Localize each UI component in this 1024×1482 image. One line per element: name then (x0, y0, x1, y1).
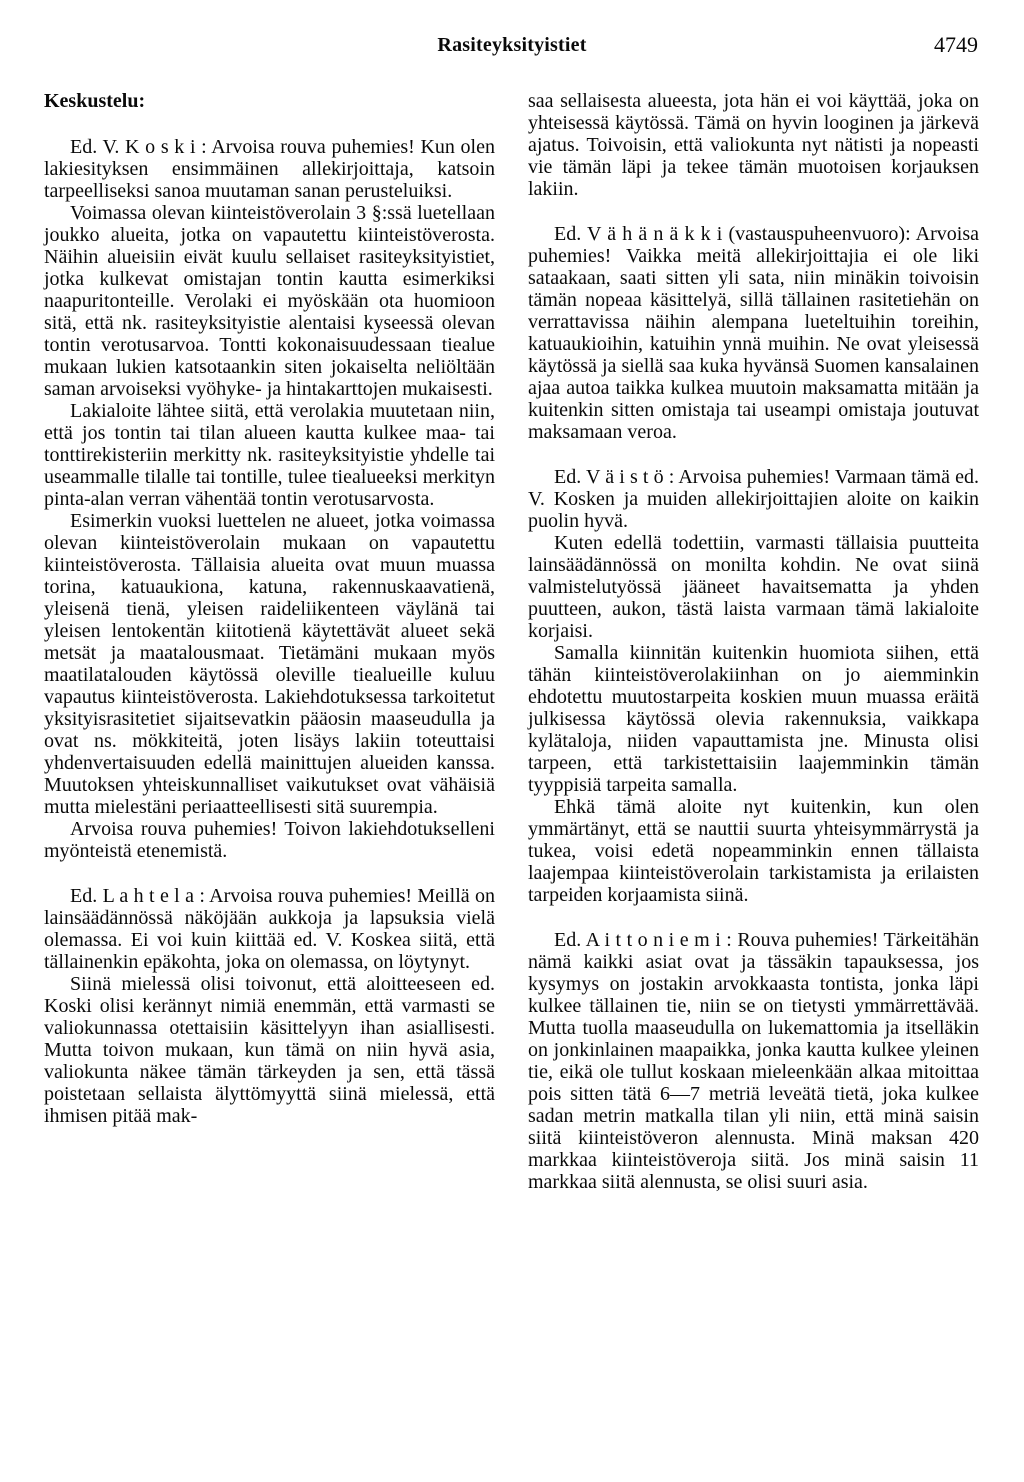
speech-koski-paragraph-2: Voimassa olevan kiinteistöverolain 3 §:s… (44, 202, 495, 400)
speech-koski-closing: Arvoisa rouva puhemies! Toivon lakiehdot… (44, 818, 495, 862)
speech-koski-paragraph-3: Lakialoite lähtee siitä, että verolakia … (44, 400, 495, 510)
speech-vaisto-paragraph-4: Ehkä tämä aloite nyt kuitenkin, kun olen… (528, 796, 979, 906)
speech-vaisto-paragraph-2: Kuten edellä todettiin, varmasti tällais… (528, 532, 979, 642)
speech-vaisto-opening: Ed. V ä i s t ö : Arvoisa puhemies! Varm… (528, 466, 979, 532)
speech-aittoniemi: Ed. A i t t o n i e m i : Rouva puhemies… (528, 929, 979, 1193)
left-column: Keskustelu: Ed. V. K o s k i : Arvoisa r… (44, 90, 495, 1127)
speech-vahanakki: Ed. V ä h ä n ä k k i (vastauspuheenvuor… (528, 223, 979, 443)
section-heading-keskustelu: Keskustelu: (44, 90, 495, 112)
speech-vaisto-paragraph-3: Samalla kiinnitän kuitenkin huomiota sii… (528, 642, 979, 796)
right-column: saa sellaisesta alueesta, jota hän ei vo… (528, 90, 979, 1193)
speech-lahtela-opening: Ed. L a h t e l a : Arvoisa rouva puhemi… (44, 885, 495, 973)
speech-koski-paragraph-4: Esimerkin vuoksi luettelen ne alueet, jo… (44, 510, 495, 818)
speech-lahtela-continuation: saa sellaisesta alueesta, jota hän ei vo… (528, 90, 979, 200)
page-number: 4749 (934, 32, 978, 58)
speech-koski-opening: Ed. V. K o s k i : Arvoisa rouva puhemie… (44, 136, 495, 202)
running-title: Rasiteyksityistiet (437, 34, 586, 57)
text-columns: Keskustelu: Ed. V. K o s k i : Arvoisa r… (44, 90, 980, 1193)
speech-lahtela-paragraph-2: Siinä mielessä olisi toivonut, että aloi… (44, 973, 495, 1127)
document-page: Rasiteyksityistiet 4749 Keskustelu: Ed. … (0, 0, 1024, 1482)
page-header: Rasiteyksityistiet 4749 (44, 34, 980, 60)
